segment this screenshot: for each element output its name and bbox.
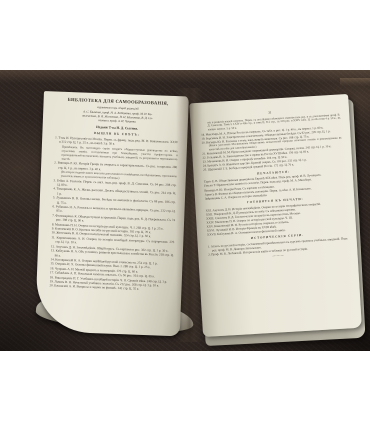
screenshot-root: БИБЛІОТЕКА ДЛЯ САМООБРАЗОВАНІЯ, издаваем… xyxy=(0,0,370,423)
photo-bottom-margin xyxy=(0,351,370,423)
leather-seam xyxy=(340,78,370,86)
right-page: 31 ніе и развитіе нашей планеты. Перев. … xyxy=(189,94,362,337)
left-page-catalog: ВЫШЛИ ВЪ СВѢТЪ:1. Тэнъ И. Путешествіе по… xyxy=(49,130,178,293)
book-photo: БИБЛІОТЕКА ДЛЯ САМООБРАЗОВАНІЯ, издаваем… xyxy=(0,70,370,351)
left-page: БИБЛІОТЕКА ДЛЯ САМООБРАЗОВАНІЯ, издаваем… xyxy=(35,91,189,336)
leather-texture-highlight xyxy=(0,70,370,83)
photo-top-margin xyxy=(0,0,370,70)
right-page-catalog: ніе и развитіе нашей планеты. Перев. съ … xyxy=(200,113,348,262)
